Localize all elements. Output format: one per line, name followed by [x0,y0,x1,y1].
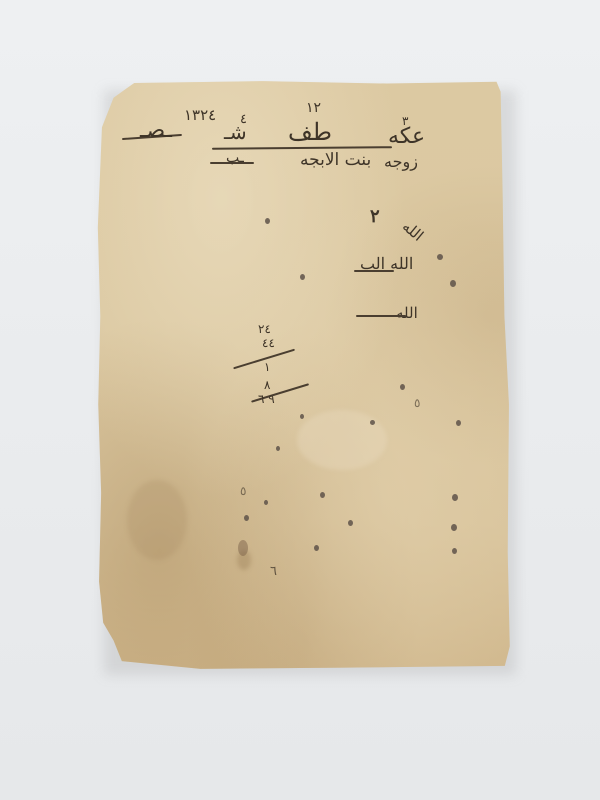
calc-line3: ١ [264,360,270,374]
ink-dot [452,494,458,501]
numeral-six: ٦ [270,564,277,579]
subheader-right-text: زوجه [384,152,418,171]
ink-dot [456,420,461,426]
ink-dot [238,540,248,556]
ink-dot [300,414,304,419]
ink-dot [314,545,319,551]
calc-line4: ٨ [264,378,270,392]
header-center-number: ١٢ [306,100,321,116]
margin-note-stroke2 [356,315,406,317]
ink-dot [320,492,325,498]
ink-dot [452,548,457,554]
header-right-number: ٣ [402,114,408,128]
subheader-left-mark: ـب [226,150,244,166]
ink-dot [244,515,249,521]
margin-note-mark: ٢ [370,206,380,227]
ink-dot [300,274,305,280]
header-left-word: ـصـ [140,118,172,143]
ink-dot [437,254,443,260]
numeral-five-right: ٥ [414,396,420,410]
subheader-center-text: بنت الابجه [300,150,371,170]
ink-dot [264,500,268,505]
ink-dot [276,446,280,451]
calc-line5: ٩ ٦ [258,392,275,406]
ink-dot [400,384,405,390]
ink-dot [450,280,456,287]
margin-note-line3: الله [396,304,418,322]
header-center-word: طف [288,118,332,146]
calc-line2: ٤٤ [262,336,275,350]
calc-line1: ٢٤ [258,322,271,336]
header-month-number: ٤ [240,112,247,127]
ink-dot [451,524,457,531]
photo-scene: ـصـ ١٣٢٤ شـ ٤ طف ١٢ عكه ٣ ـب بنت الابجه … [0,0,600,800]
header-year: ١٣٢٤ [184,106,216,124]
margin-note-stroke1 [354,270,394,272]
ink-dot [265,218,270,224]
numeral-five-left: ٥ [240,484,246,498]
ink-dot [348,520,353,526]
ink-dot [370,420,375,425]
